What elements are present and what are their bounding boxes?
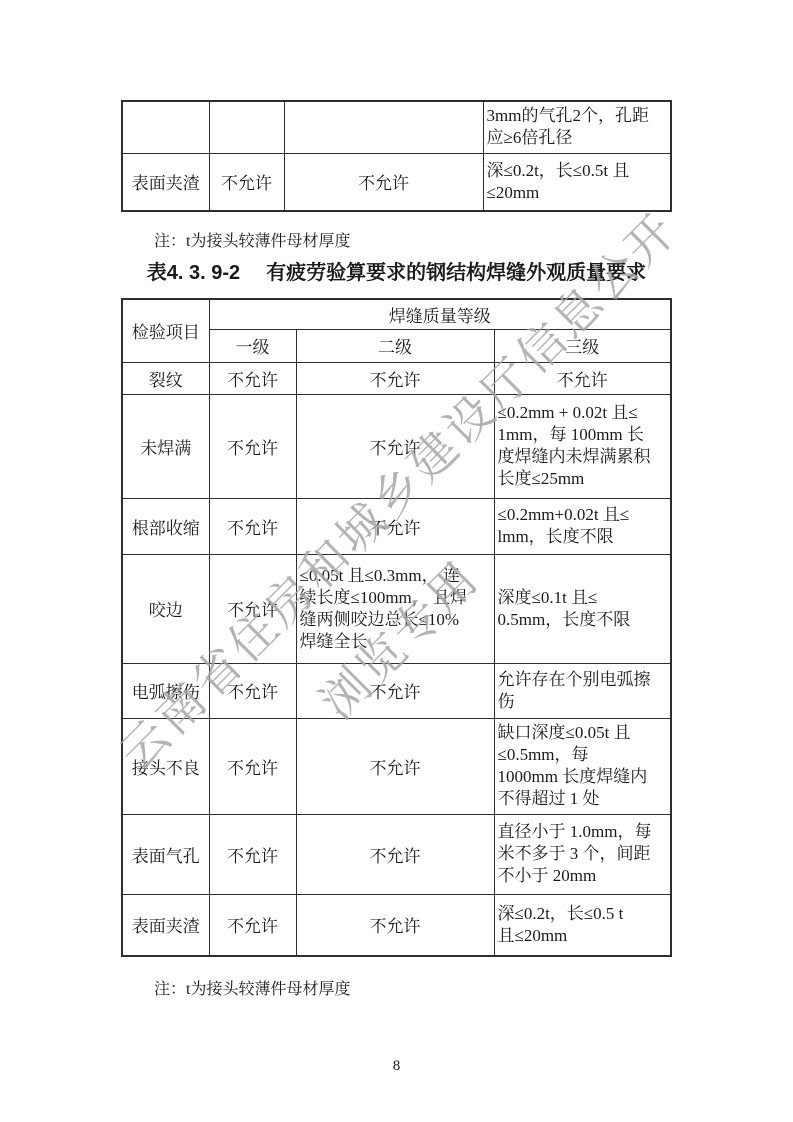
cell: 表面夹渣: [122, 153, 209, 211]
cell: 接头不良: [122, 718, 209, 814]
cell: 不允许: [209, 663, 296, 718]
table-row: 电弧擦伤 不允许 不允许 允许存在个别电弧擦 伤: [122, 663, 671, 718]
top-table: 3mm的气孔2个，孔距 应≥6倍孔径 表面夹渣 不允许 不允许 深≤0.2t，长…: [121, 100, 672, 212]
table-row: 未焊满 不允许 不允许 ≤0.2mm + 0.02t 且≤ 1mm，每 100m…: [122, 394, 671, 498]
cell: 电弧擦伤: [122, 663, 209, 718]
main-table: 检验项目 焊缝质量等级 一级 二级 三级 裂纹 不允许 不允许 不允许 未焊满 …: [121, 298, 672, 957]
cell: 裂纹: [122, 362, 209, 394]
cell: 深≤0.2t，长≤0.5 t 且≤20mm: [494, 894, 671, 956]
table-row: 裂纹 不允许 不允许 不允许: [122, 362, 671, 394]
cell: 不允许: [209, 362, 296, 394]
header-level-1: 一级: [209, 329, 296, 362]
cell: 不允许: [296, 814, 494, 894]
cell: 缺口深度≤0.05t 且 ≤0.5mm，每 1000mm 长度焊缝内 不得超过 …: [494, 718, 671, 814]
table-row: 表面夹渣 不允许 不允许 深≤0.2t，长≤0.5 t 且≤20mm: [122, 894, 671, 956]
table-row: 表面夹渣 不允许 不允许 深≤0.2t，长≤0.5t 且 ≤20mm: [122, 153, 671, 211]
cell: 深度≤0.1t 且≤ 0.5mm，长度不限: [494, 554, 671, 663]
note-text: 注：t为接头较薄件母材厚度: [154, 976, 350, 999]
cell: 不允许: [209, 153, 284, 211]
header-level-3: 三级: [494, 329, 671, 362]
cell: 不允许: [296, 894, 494, 956]
cell: 不允许: [209, 814, 296, 894]
cell: 不允许: [209, 894, 296, 956]
cell: 不允许: [209, 394, 296, 498]
cell: 不允许: [296, 362, 494, 394]
cell: 咬边: [122, 554, 209, 663]
cell: 不允许: [209, 498, 296, 554]
cell: 深≤0.2t，长≤0.5t 且 ≤20mm: [483, 153, 671, 211]
table-row: 咬边 不允许 ≤0.05t 且≤0.3mm， 连 续长度≤100mm， 且焊 缝…: [122, 554, 671, 663]
cell: ≤0.2mm + 0.02t 且≤ 1mm，每 100mm 长 度焊缝内未焊满累…: [494, 394, 671, 498]
table-title: 表4. 3. 9-2有疲劳验算要求的钢结构焊缝外观质量要求: [0, 256, 793, 285]
table-row: 接头不良 不允许 不允许 缺口深度≤0.05t 且 ≤0.5mm，每 1000m…: [122, 718, 671, 814]
cell: 不允许: [296, 718, 494, 814]
header-level-2: 二级: [296, 329, 494, 362]
cell: 3mm的气孔2个，孔距 应≥6倍孔径: [483, 101, 671, 153]
cell: 不允许: [296, 394, 494, 498]
cell: [209, 101, 284, 153]
cell: 不允许: [296, 663, 494, 718]
cell: ≤0.05t 且≤0.3mm， 连 续长度≤100mm， 且焊 缝两侧咬边总长≤…: [296, 554, 494, 663]
table-title-label: 表4. 3. 9-2: [147, 262, 240, 284]
header-inspection-item: 检验项目: [122, 299, 209, 362]
cell: [122, 101, 209, 153]
note-text: 注：t为接头较薄件母材厚度: [154, 228, 350, 251]
page-number: 8: [0, 1058, 793, 1075]
cell: ≤0.2mm+0.02t 且≤ lmm，长度不限: [494, 498, 671, 554]
document-page: { "watermark": { "line1": "云南省住房和城乡建设厅信息…: [0, 0, 793, 1122]
cell: 表面夹渣: [122, 894, 209, 956]
table-title-text: 有疲劳验算要求的钢结构焊缝外观质量要求: [266, 262, 646, 284]
cell: 不允许: [209, 554, 296, 663]
table-header-row: 检验项目 焊缝质量等级: [122, 299, 671, 329]
cell: 不允许: [209, 718, 296, 814]
header-weld-quality-grade: 焊缝质量等级: [209, 299, 671, 329]
cell: 不允许: [494, 362, 671, 394]
table-row: 根部收缩 不允许 不允许 ≤0.2mm+0.02t 且≤ lmm，长度不限: [122, 498, 671, 554]
cell: 直径小于 1.0mm，每 米不多于 3 个，间距 不小于 20mm: [494, 814, 671, 894]
cell: 不允许: [284, 153, 483, 211]
cell: [284, 101, 483, 153]
cell: 根部收缩: [122, 498, 209, 554]
cell: 未焊满: [122, 394, 209, 498]
cell: 不允许: [296, 498, 494, 554]
table-row: 表面气孔 不允许 不允许 直径小于 1.0mm，每 米不多于 3 个，间距 不小…: [122, 814, 671, 894]
cell: 表面气孔: [122, 814, 209, 894]
table-row: 3mm的气孔2个，孔距 应≥6倍孔径: [122, 101, 671, 153]
cell: 允许存在个别电弧擦 伤: [494, 663, 671, 718]
